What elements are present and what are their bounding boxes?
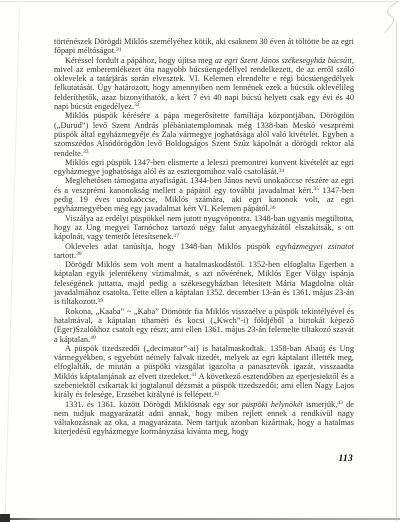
footnote-reference: 33	[83, 149, 89, 155]
text-run: történészek Dörögdi Miklós személyéhez k…	[54, 37, 354, 55]
footnote-reference: 38	[76, 251, 82, 257]
footnote-reference: 31	[116, 47, 122, 53]
paragraph: Dörögdi Miklós sem volt ment a hatalmask…	[54, 260, 354, 306]
scratch-mark	[378, 0, 400, 38]
text-run: 1331. és 1361. között Dörögdi Miklósnak …	[65, 400, 242, 409]
footnote-reference: 34	[279, 168, 285, 174]
footnote-reference: 35	[313, 186, 319, 192]
text-run: Rokona, „Kaaba” ~ „Kaba” Dömötör fia Mik…	[54, 307, 354, 344]
paragraph: Rokona, „Kaaba” ~ „Kaba” Dömötör fia Mik…	[54, 307, 354, 344]
text-run: , mivel az emberemlékezet óta nagyobb bú…	[54, 56, 354, 111]
text-run: Viszálya az erdélyi püspökkel nem jutott…	[54, 214, 354, 242]
italic-text-run: egyházmegyei zsinatot	[276, 242, 354, 251]
footnote-reference: 41	[191, 372, 197, 378]
paragraph: Viszálya az erdélyi püspökkel nem jutott…	[54, 214, 354, 242]
text-run: Miklós egri püspök 1347-ben elismerte a …	[54, 158, 354, 176]
page-edge-left	[5, 6, 20, 518]
scan-corner-mark	[0, 514, 10, 522]
italic-text-run: az egri Szent János székesegyház búcsúit	[215, 56, 352, 65]
footnote-reference: 32	[134, 102, 140, 108]
footnote-reference: 43	[337, 400, 343, 406]
paragraph: Miklós püspök kérésére a pápa megerősíte…	[54, 111, 354, 157]
text-run: tartott.	[54, 251, 76, 260]
footnote-reference: 42	[214, 391, 220, 397]
text-run: Miklós püspök kérésére a pápa megerősíte…	[54, 111, 354, 157]
scanned-book-page: történészek Dörögdi Miklós személyéhez k…	[0, 0, 400, 522]
text-run: Meglehetősen támogatta atyafiságát. 1344…	[54, 176, 354, 194]
page-edge-bottom-shadow	[0, 518, 400, 520]
page-number: 113	[54, 454, 353, 464]
page-edge-right	[396, 22, 397, 522]
paragraph: A püspök tizedszedői („decimator”-ai) is…	[54, 344, 354, 400]
paragraph: Meglehetősen támogatta atyafiságát. 1344…	[54, 176, 354, 213]
italic-text-run: püspöki helynökét	[242, 400, 303, 409]
footnote-reference: 36	[270, 205, 276, 211]
paragraph: Miklós egri püspök 1347-ben elismerte a …	[54, 158, 354, 177]
footnote-reference: 37	[173, 233, 179, 239]
footnote-reference: 40	[90, 335, 96, 341]
page-edge-top	[0, 1, 400, 2]
paragraph: Kéréssel fordult a pápához, hogy újítsa …	[54, 56, 354, 112]
paragraph: történészek Dörögdi Miklós személyéhez k…	[54, 37, 354, 56]
paragraph: Okleveles adat tanúsítja, hogy 1348-ban …	[54, 242, 354, 261]
paragraph: 1331. és 1361. között Dörögdi Miklósnak …	[54, 400, 354, 437]
text-run: Kéréssel fordult a pápához, hogy újítsa …	[65, 56, 215, 65]
text-run: Okleveles adat tanúsítja, hogy 1348-ban …	[65, 242, 276, 251]
footnote-reference: 39	[98, 298, 104, 304]
text-block: történészek Dörögdi Miklós személyéhez k…	[54, 37, 354, 437]
text-run: ismerjük,	[303, 400, 338, 409]
